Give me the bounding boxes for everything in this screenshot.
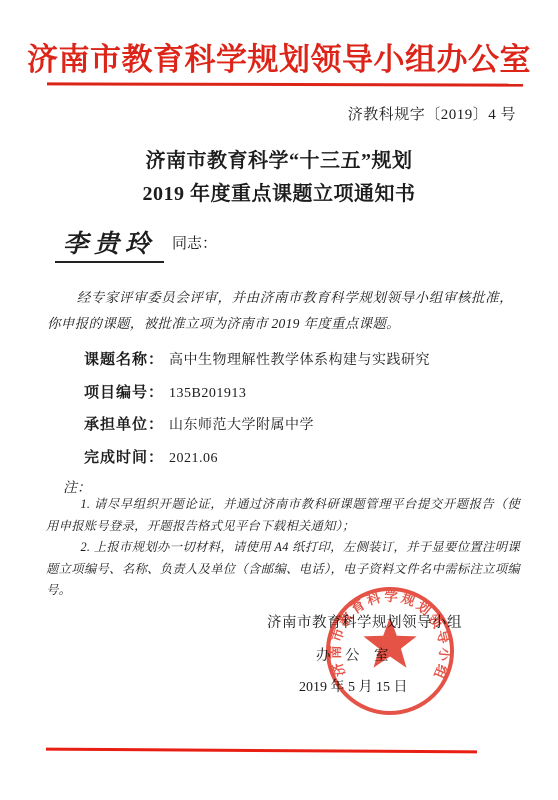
field-label: 承担单位： — [84, 417, 164, 433]
field-completion-date: 完成时间：2021.06 — [84, 446, 430, 479]
footer-rule — [46, 748, 477, 754]
signature-organization: 济南市教育科学规划领导小组 — [267, 611, 462, 632]
document-number: 济教科规字〔2019〕4 号 — [348, 103, 516, 124]
recipient-name-handwritten: 李贵玲 — [55, 230, 164, 263]
note-item-1: 1. 请尽早组织开题论证，并通过济南市教科研课题管理平台提交开题报告（使用申报账… — [46, 494, 520, 537]
field-label: 完成时间： — [84, 450, 164, 466]
document-page: 济南市教育科学规划领导小组办公室 济教科规字〔2019〕4 号 济南市教育科学“… — [0, 0, 558, 800]
signature-date: 2019 年 5 月 15 日 — [299, 676, 408, 696]
field-value: 山东师范大学附属中学 — [169, 418, 314, 433]
field-value: 135B201913 — [169, 386, 246, 401]
salutation-suffix: 同志： — [172, 236, 217, 252]
salutation: 李贵玲同志： — [55, 230, 217, 263]
letterhead-rule — [47, 82, 523, 86]
field-undertaking-unit: 承担单位：山东师范大学附属中学 — [84, 413, 430, 446]
doc-title-line1: 济南市教育科学“十三五”规划 — [0, 144, 558, 173]
field-project-title: 课题名称：高中生物理解性教学体系构建与实践研究 — [84, 348, 430, 381]
field-value: 高中生物理解性教学体系构建与实践研究 — [169, 353, 430, 368]
letterhead-office-title: 济南市教育科学规划领导小组办公室 — [0, 42, 558, 78]
field-project-number: 项目编号：135B201913 — [84, 381, 430, 414]
approval-paragraph: 经专家评审委员会评审，并由济南市教育科学规划领导小组审核批准，你申报的课题，被批… — [47, 285, 513, 336]
doc-title-line2: 2019 年度重点课题立项通知书 — [0, 177, 558, 206]
signature-office: 办 公 室 — [316, 644, 389, 665]
notes-list: 1. 请尽早组织开题论证，并通过济南市教科研课题管理平台提交开题报告（使用申报账… — [46, 494, 520, 602]
field-label: 项目编号： — [84, 385, 164, 401]
project-fields: 课题名称：高中生物理解性教学体系构建与实践研究 项目编号：135B201913 … — [84, 348, 430, 478]
field-label: 课题名称： — [84, 352, 164, 368]
field-value: 2021.06 — [169, 451, 218, 466]
note-item-2: 2. 上报市规划办一切材料，请使用 A4 纸打印，左侧装订，并于显要位置注明课题… — [46, 537, 520, 602]
